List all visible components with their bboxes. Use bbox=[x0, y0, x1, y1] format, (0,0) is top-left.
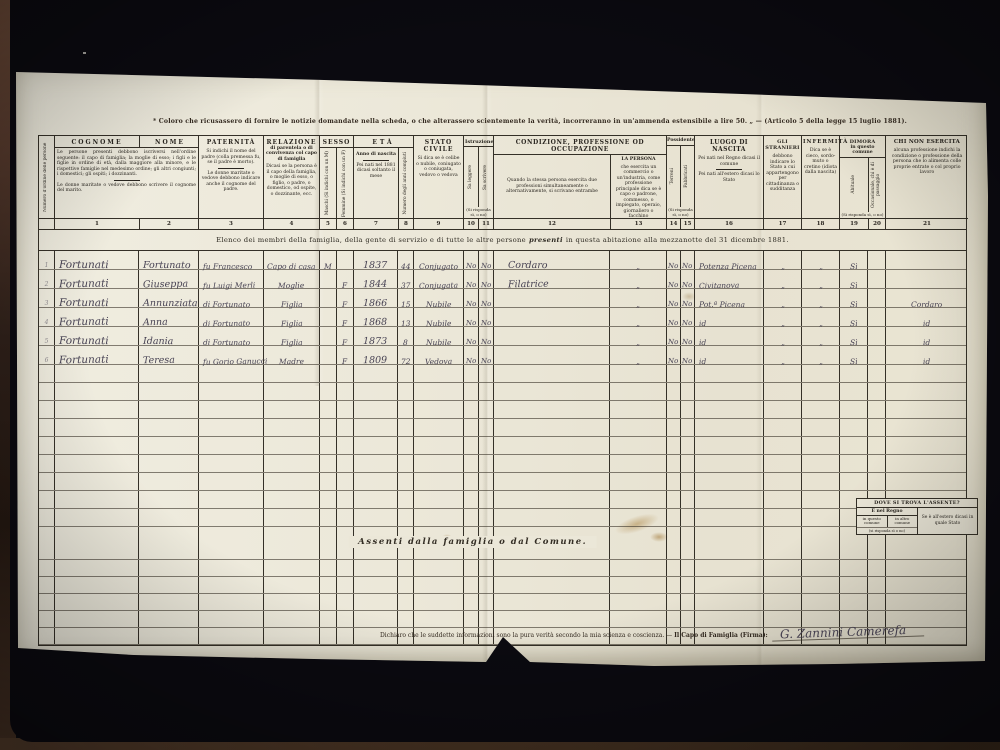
colnum-3: 3 bbox=[199, 221, 263, 227]
cell-cognome: Fortunati bbox=[59, 335, 109, 346]
cell-luogo-nascita: id bbox=[699, 319, 706, 327]
empty-table-row bbox=[39, 577, 966, 594]
cell-luogo-nascita: Civitanova bbox=[699, 281, 739, 289]
cell-numero: 4 bbox=[45, 319, 49, 326]
condizione-col12: Quando la stessa persona esercita due pr… bbox=[494, 155, 610, 218]
cell-dimora-abituale: Sì bbox=[850, 281, 858, 289]
cell-sa-leggere: No bbox=[466, 301, 476, 308]
header-group-dimora: DIMORA in questo comune Abituale Occasio… bbox=[839, 136, 885, 229]
empty-table-row bbox=[39, 491, 966, 509]
cell-nome: Anna bbox=[143, 317, 168, 327]
cell-sa-leggere: No bbox=[466, 320, 476, 327]
dimora-occasionale: Occasionale, chi è di passaggio bbox=[868, 158, 885, 212]
cell-anno-nascita: 1868 bbox=[363, 317, 387, 327]
cell-condizione-13: „ bbox=[636, 300, 640, 308]
cell-terreni: No bbox=[668, 320, 678, 327]
colnum-13: 13 bbox=[610, 219, 666, 229]
colnum-7: 7 bbox=[354, 221, 398, 227]
header-col-relazione: RELAZIONE di parentela o di convivenza c… bbox=[263, 136, 319, 229]
empty-table-row bbox=[39, 509, 966, 527]
assente-questo-comune: in questo comune bbox=[857, 516, 887, 527]
cell-dimora-abituale: Sì bbox=[850, 357, 858, 365]
table-row: 2 Fortunati Giuseppa fu Luigi Merli Mogl… bbox=[39, 270, 966, 289]
istruzione-sa-leggere: Sa leggere bbox=[464, 147, 478, 207]
header-col-luogo-nascita: LUOGO DI NASCITA Pei nati nel Regno dica… bbox=[694, 136, 763, 229]
cell-sesso-m: M bbox=[324, 262, 332, 270]
cell-condizione-13: „ bbox=[636, 319, 640, 327]
cell-relazione: Moglie bbox=[278, 281, 304, 289]
header-col-stranieri: GLI STRANIERI debbono indicare lo Stato … bbox=[763, 136, 801, 229]
cell-terreni: No bbox=[668, 339, 678, 346]
istruzione-sa-scrivere: Sa scrivere bbox=[478, 147, 493, 207]
empty-table-row bbox=[39, 473, 966, 491]
cell-fabbricati: No bbox=[682, 282, 692, 289]
colnum-10: 10 bbox=[464, 221, 478, 227]
cell-sesso-f: F bbox=[342, 300, 347, 308]
cell-chi-alimenta: Cordaro bbox=[911, 300, 942, 308]
cell-terreni: No bbox=[668, 301, 678, 308]
empty-rows-upper bbox=[39, 365, 966, 527]
cell-paternita: di Fortunato bbox=[203, 338, 250, 346]
cell-anni: 15 bbox=[401, 300, 411, 308]
cell-anno-nascita: 1873 bbox=[363, 336, 387, 346]
cell-anno-nascita: 1809 bbox=[363, 355, 387, 365]
cell-sa-leggere: No bbox=[466, 339, 476, 346]
relazione-instructions: Dicasi se la persona è il capo della fam… bbox=[264, 162, 319, 218]
cell-relazione: Figlia bbox=[281, 300, 303, 308]
cell-terreni: No bbox=[668, 263, 678, 270]
cell-stato-civile: Conjugato bbox=[419, 262, 458, 270]
cell-luogo-nascita: Potenza Picena bbox=[699, 262, 757, 270]
cell-numero: 1 bbox=[45, 262, 49, 269]
header-group-possidente: Possidente Terreni Fabbricati (Si rispon… bbox=[666, 136, 694, 229]
table-row: 5 Fortunati Idania di Fortunato Figlia F… bbox=[39, 327, 966, 346]
cell-dimora-abituale: Sì bbox=[850, 262, 858, 270]
cell-paternita: fu Gorio Ganucci bbox=[203, 357, 267, 366]
cell-nome: Idania bbox=[143, 336, 173, 346]
stranieri-instructions: debbono indicare lo Stato a cui apparten… bbox=[764, 152, 801, 218]
head-of-family-signature: G. Zannini Camerefa bbox=[772, 623, 925, 641]
colnum-12: 12 bbox=[494, 221, 610, 227]
cell-infermita: „ bbox=[818, 281, 822, 289]
cell-paternita: fu Francesco bbox=[203, 262, 252, 270]
header-nome: NOME bbox=[140, 136, 200, 147]
cell-sa-scrivere: No bbox=[481, 282, 491, 289]
cell-chi-alimenta: id bbox=[923, 319, 930, 327]
cell-condizione-13: „ bbox=[636, 357, 640, 365]
cell-sa-scrivere: No bbox=[481, 301, 491, 308]
paternita-instructions: Si indichi il nome del padre (colla prem… bbox=[199, 147, 263, 218]
assente-estero: Se è all'estero dicasi in quale Stato bbox=[918, 508, 977, 534]
table-header: Numero d'ordine delle persone COGNOME NO… bbox=[39, 136, 966, 230]
cell-fabbricati: No bbox=[682, 263, 692, 270]
cell-sa-leggere: No bbox=[466, 358, 476, 365]
cell-cognome: Fortunati bbox=[59, 297, 109, 308]
cell-sesso-f: F bbox=[342, 281, 347, 289]
cell-dimora-abituale: Sì bbox=[850, 319, 858, 327]
chi-instructions: alcuna professione indichi la condizione… bbox=[886, 146, 968, 218]
cell-dimora-abituale: Sì bbox=[850, 338, 858, 346]
cell-nome: Teresa bbox=[143, 355, 175, 365]
cell-dimora-abituale: Sì bbox=[850, 300, 858, 308]
colnum-2: 2 bbox=[139, 219, 198, 229]
assenti-band: Assenti dalla famiglia o dal Comune. bbox=[39, 527, 966, 560]
cell-anno-nascita: 1844 bbox=[363, 279, 387, 289]
header-group-condizione: CONDIZIONE, PROFESSIONE OD OCCUPAZIONE Q… bbox=[493, 136, 666, 229]
assente-regno: È nel Regno bbox=[857, 508, 917, 516]
cell-infermita: „ bbox=[818, 357, 822, 365]
assente-box-title: DOVE SI TROVA L'ASSENTE? bbox=[857, 499, 977, 508]
cell-anno-nascita: 1866 bbox=[363, 298, 387, 308]
cell-fabbricati: No bbox=[682, 320, 692, 327]
cell-numero: 3 bbox=[45, 300, 49, 307]
cell-luogo-nascita: id bbox=[699, 338, 706, 346]
colnum-16: 16 bbox=[695, 221, 763, 227]
cell-luogo-nascita: Pot.ª Picena bbox=[699, 300, 745, 308]
table-row: 4 Fortunati Anna di Fortunato Figlia F 1… bbox=[39, 308, 966, 327]
cell-nome: Annunziata bbox=[143, 298, 198, 308]
family-members-rows: 1 Fortunati Fortunato fu Francesco Capo … bbox=[39, 251, 966, 365]
header-cognome: COGNOME bbox=[55, 136, 139, 147]
cell-numero: 6 bbox=[45, 357, 49, 364]
declaration-line: Dichiaro che le suddette informazioni so… bbox=[380, 626, 924, 639]
cell-terreni: No bbox=[668, 358, 678, 365]
cell-cognome: Fortunati bbox=[59, 259, 109, 270]
cell-fabbricati: No bbox=[682, 358, 692, 365]
sesso-femmine: Femmine (Si indichi con un F) bbox=[336, 148, 353, 218]
colnum-19: 19 bbox=[840, 221, 868, 227]
cell-stranieri: „ bbox=[781, 300, 785, 308]
table-row: 6 Fortunati Teresa fu Gorio Ganucci Madr… bbox=[39, 346, 966, 365]
cell-sesso-f: F bbox=[342, 338, 347, 346]
cell-relazione: Capo di casa bbox=[267, 262, 316, 270]
cell-relazione: Figlia bbox=[281, 319, 303, 327]
dimora-abituale: Abituale bbox=[840, 158, 868, 212]
colnum-9: 9 bbox=[414, 221, 463, 227]
header-col-numero: Numero d'ordine delle persone bbox=[39, 136, 54, 229]
empty-table-row bbox=[39, 437, 966, 455]
colnum-15: 15 bbox=[680, 219, 694, 229]
cell-stranieri: „ bbox=[781, 338, 785, 346]
colnum-1: 1 bbox=[55, 221, 139, 227]
cell-sa-scrivere: No bbox=[481, 320, 491, 327]
cell-sesso-f: F bbox=[342, 319, 347, 327]
census-table: Numero d'ordine delle persone COGNOME NO… bbox=[38, 135, 967, 646]
cell-condizione-13: „ bbox=[636, 338, 640, 346]
cell-infermita: „ bbox=[819, 262, 823, 270]
header-col-paternita: PATERNITÀ Si indichi il nome del padre (… bbox=[198, 136, 263, 229]
colnum-18: 18 bbox=[802, 221, 839, 227]
cell-paternita: di Fortunato bbox=[203, 300, 250, 308]
condizione-col13: LA PERSONA che esercita un commercio o u… bbox=[610, 155, 666, 218]
empty-table-row bbox=[39, 419, 966, 437]
cell-numero: 5 bbox=[45, 338, 49, 345]
cognome-nome-instructions: Le persone presenti debbono iscriversi n… bbox=[55, 148, 198, 218]
cell-sa-leggere: No bbox=[466, 282, 476, 289]
cell-stranieri: „ bbox=[780, 281, 784, 289]
cell-infermita: „ bbox=[819, 300, 823, 308]
header-col-stato-civile: STATO CIVILE Si dica se è celibe o nubil… bbox=[413, 136, 463, 229]
cell-cognome: Fortunati bbox=[59, 316, 109, 327]
empty-table-row bbox=[39, 560, 966, 577]
assente-location-box: DOVE SI TROVA L'ASSENTE? È nel Regno in … bbox=[856, 498, 978, 535]
colnum-21: 21 bbox=[886, 221, 968, 227]
cell-paternita: di Fortunato bbox=[203, 319, 250, 327]
cell-anni: 8 bbox=[403, 338, 408, 346]
sesso-maschi: Maschi (Si indichi con un M) bbox=[320, 148, 336, 218]
cell-cognome: Fortunati bbox=[59, 354, 109, 365]
list-subtitle: Elenco dei membri della famiglia, della … bbox=[39, 230, 966, 251]
possidente-fabbricati: Fabbricati bbox=[680, 146, 694, 208]
header-group-istruzione: Istruzione Sa leggere Sa scrivere (Si ri… bbox=[463, 136, 493, 229]
cell-infermita: „ bbox=[818, 319, 822, 327]
cell-stato-civile: Nubile bbox=[426, 338, 451, 346]
infermita-instructions: Dica se è cieco, sordo-muto o cretino (i… bbox=[802, 146, 839, 218]
cell-stranieri: „ bbox=[781, 262, 785, 270]
census-sheet: * Coloro che ricusassero di fornire le n… bbox=[14, 66, 988, 668]
cell-infermita: „ bbox=[819, 338, 823, 346]
cell-stato-civile: Vedova bbox=[425, 357, 452, 365]
cell-professione: Filatrice bbox=[508, 279, 549, 289]
header-group-eta: ETÀ Anno di nascitaPei nati nel 1881 dic… bbox=[353, 136, 413, 229]
cell-sa-leggere: No bbox=[466, 263, 476, 270]
colnum-8: 8 bbox=[398, 219, 413, 229]
colnum-6: 6 bbox=[336, 219, 353, 229]
cell-fabbricati: No bbox=[682, 339, 692, 346]
cell-chi-alimenta: id bbox=[923, 357, 930, 365]
cell-stato-civile: Nubile bbox=[426, 300, 451, 308]
cell-paternita: fu Luigi Merli bbox=[203, 281, 255, 289]
header-col-chi-non-esercita: CHI NON ESERCITA alcuna professione indi… bbox=[885, 136, 968, 229]
possidente-terreni: Terreni bbox=[667, 146, 680, 208]
cell-stranieri: „ bbox=[780, 319, 784, 327]
cell-stato-civile: Conjugata bbox=[419, 281, 458, 289]
cell-stato-civile: Nubile bbox=[426, 319, 452, 327]
empty-table-row bbox=[39, 383, 966, 401]
colnum-20: 20 bbox=[868, 219, 885, 229]
cell-nome: Giuseppa bbox=[143, 279, 188, 289]
cell-numero: 2 bbox=[45, 281, 49, 288]
cell-sa-scrivere: No bbox=[481, 263, 491, 270]
luogo-instructions: Pei nati nel Regno dicasi il comune Pei … bbox=[695, 154, 763, 218]
colnum-4: 4 bbox=[264, 221, 319, 227]
cell-relazione: Figlia bbox=[281, 338, 303, 346]
cell-chi-alimenta: id bbox=[923, 338, 930, 346]
cell-terreni: No bbox=[668, 282, 678, 289]
cell-relazione: Madre bbox=[279, 357, 304, 365]
eta-anni-compiuti: Numero degli anni compiuti bbox=[398, 148, 413, 218]
assente-altro-comune: in altro comune bbox=[887, 516, 918, 527]
eta-anno-nascita: Anno di nascitaPei nati nel 1881 dicasi … bbox=[354, 148, 398, 218]
numero-label: Numero d'ordine delle persone bbox=[39, 136, 54, 218]
colnum-11: 11 bbox=[478, 219, 493, 229]
empty-table-row bbox=[39, 455, 966, 473]
empty-table-row bbox=[39, 365, 966, 383]
stato-instructions: Si dica se è celibe o nubile, coniugato … bbox=[414, 154, 463, 218]
assenti-title: Assenti dalla famiglia o dal Comune. bbox=[348, 536, 597, 548]
header-group-cognome-nome: COGNOME NOME Le persone presenti debbono… bbox=[54, 136, 198, 229]
cell-anni: 72 bbox=[401, 357, 411, 365]
cell-fabbricati: No bbox=[682, 301, 692, 308]
cell-anni: 44 bbox=[401, 262, 411, 270]
penalty-note: * Coloro che ricusassero di fornire le n… bbox=[94, 118, 966, 125]
cell-cognome: Fortunati bbox=[59, 278, 109, 289]
cell-professione: Cordaro bbox=[508, 260, 548, 270]
table-row: 3 Fortunati Annunziata di Fortunato Figl… bbox=[39, 289, 966, 308]
header-group-sesso: SESSO Maschi (Si indichi con un M) Femmi… bbox=[319, 136, 353, 229]
cell-luogo-nascita: id bbox=[699, 357, 706, 365]
cell-stranieri: „ bbox=[780, 357, 784, 365]
cell-anni: 13 bbox=[401, 319, 411, 327]
table-row: 1 Fortunati Fortunato fu Francesco Capo … bbox=[39, 251, 966, 270]
cell-sa-scrivere: No bbox=[481, 339, 491, 346]
colnum-5: 5 bbox=[320, 221, 336, 227]
colnum-14: 14 bbox=[667, 221, 680, 227]
cell-condizione-13: „ bbox=[636, 281, 640, 289]
header-col-infermita: INFERMITÀ Dica se è cieco, sordo-muto o … bbox=[801, 136, 839, 229]
dust-speck bbox=[83, 52, 86, 54]
colnum-17: 17 bbox=[764, 221, 801, 227]
cell-anni: 37 bbox=[401, 281, 411, 289]
empty-table-row bbox=[39, 594, 966, 611]
empty-table-row bbox=[39, 401, 966, 419]
cell-anno-nascita: 1837 bbox=[363, 260, 387, 270]
cell-sesso-f: F bbox=[342, 357, 347, 365]
photo-background: * Coloro che ricusassero di fornire le n… bbox=[0, 0, 1000, 750]
cell-sa-scrivere: No bbox=[481, 358, 491, 365]
firma-label: Il Capo di Famiglia (Firma): bbox=[674, 632, 768, 639]
cell-condizione-13: „ bbox=[636, 262, 640, 270]
cell-nome: Fortunato bbox=[143, 260, 191, 270]
